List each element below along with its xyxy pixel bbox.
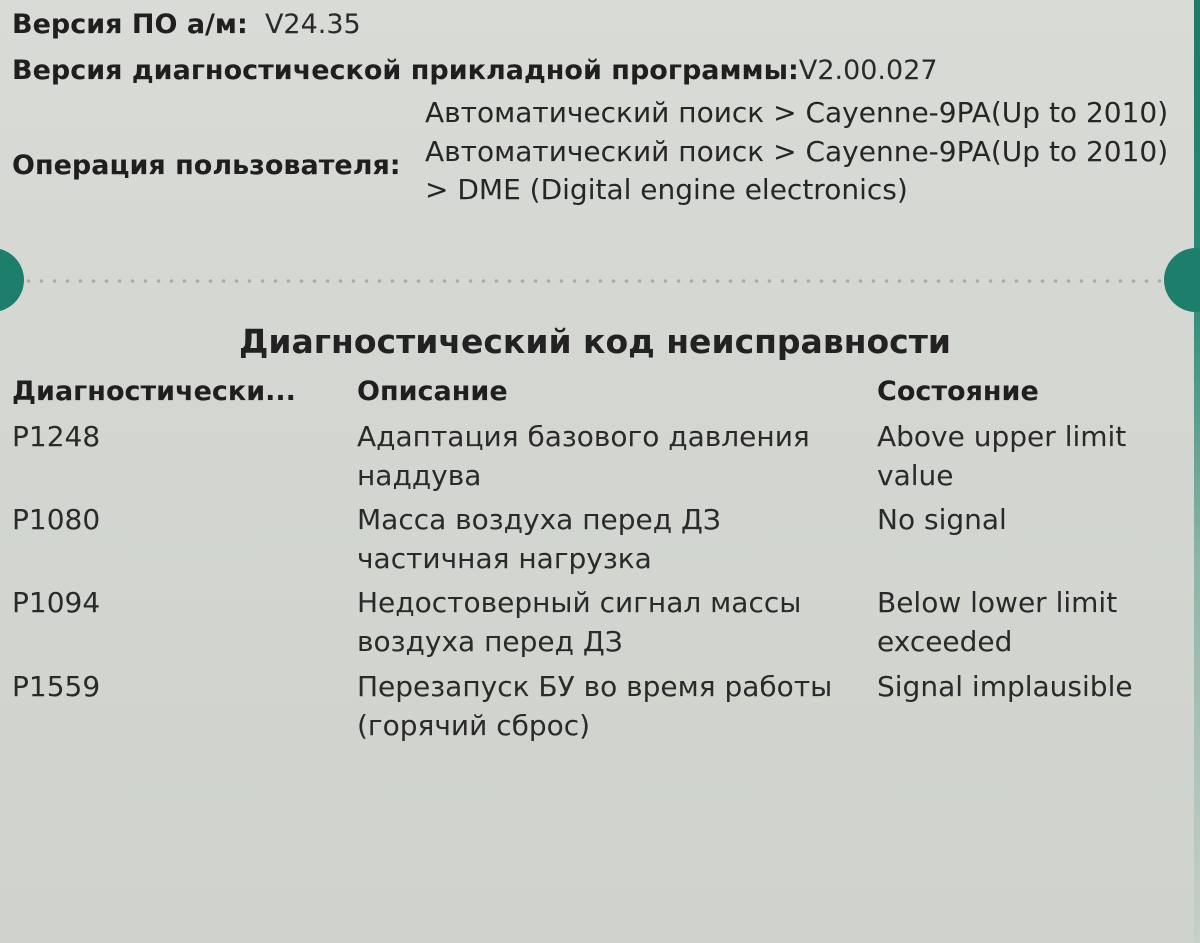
ticket-notch-right: [1164, 248, 1200, 312]
dotted-divider: [22, 279, 1170, 283]
dtc-description: Перезапуск БУ во время работы (горячий с…: [357, 668, 837, 745]
app-version-value: V2.00.027: [799, 55, 938, 86]
column-header-code: Диагностически...: [12, 370, 296, 414]
app-version-row: Версия диагностической прикладной програ…: [12, 50, 938, 92]
dtc-status: No signal: [877, 501, 1177, 540]
dtc-code: P1080: [12, 501, 100, 540]
dtc-description: Адаптация базового давления наддува: [357, 418, 837, 495]
column-header-description: Описание: [357, 370, 508, 414]
user-operation-path: Автоматический поиск > Cayenne-9PA(Up to…: [425, 94, 1195, 133]
dtc-section-title: Диагностический код неисправности: [0, 322, 1190, 361]
app-version-label: Версия диагностической прикладной програ…: [12, 55, 799, 86]
user-operation-path: Автоматический поиск > Cayenne-9PA(Up to…: [425, 133, 1195, 210]
software-version-value: V24.35: [265, 9, 361, 40]
dtc-status: Signal implausible: [877, 668, 1177, 707]
dtc-code: P1559: [12, 668, 100, 707]
dtc-code: P1248: [12, 418, 100, 457]
column-header-status: Состояние: [877, 370, 1039, 414]
software-version-label: Версия ПО а/м:: [12, 9, 248, 40]
dtc-code: P1094: [12, 584, 100, 623]
dtc-status: Below lower limit exceeded: [877, 584, 1177, 661]
dtc-status: Above upper limit value: [877, 418, 1177, 495]
dtc-description: Масса воздуха перед ДЗ частичная нагрузк…: [357, 501, 837, 578]
dtc-description: Недостоверный сигнал массы воздуха перед…: [357, 584, 837, 661]
user-operation-label: Операция пользователя:: [12, 150, 401, 181]
ticket-notch-left: [0, 248, 24, 312]
user-operation-values: Автоматический поиск > Cayenne-9PA(Up to…: [425, 94, 1195, 210]
software-version-row: Версия ПО а/м: V24.35: [12, 4, 361, 46]
